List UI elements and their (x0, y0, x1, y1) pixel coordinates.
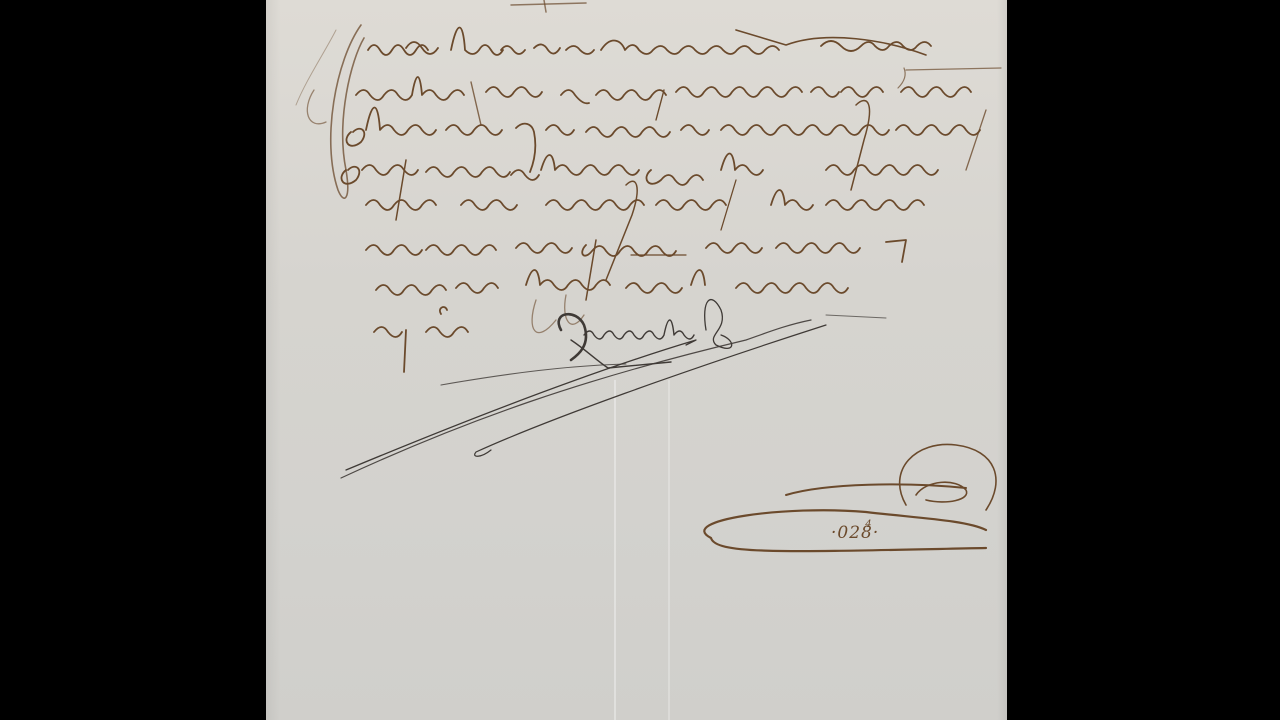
photo-frame: palacios ... de los ... de ... Vra magd … (0, 0, 1280, 720)
folio-annotation: ·028·4 (831, 523, 887, 543)
folio-superscript: 4 (865, 519, 872, 530)
handwriting-strokes (266, 0, 1007, 720)
manuscript-page: palacios ... de los ... de ... Vra magd … (266, 0, 1007, 720)
